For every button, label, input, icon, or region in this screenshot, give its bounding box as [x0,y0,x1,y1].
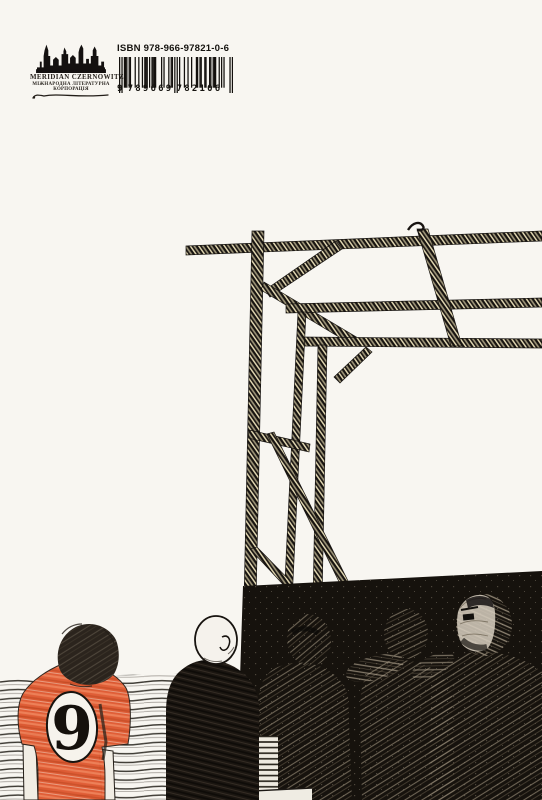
cover-artwork: 9 [0,0,542,800]
scaffold-post-middle [284,312,306,601]
bald-man-coat [166,660,259,800]
scaffold-post-right [313,345,327,601]
stage-scaffold [186,223,542,601]
crowd [252,594,542,800]
scaffold-mid-beam [286,298,542,313]
scaffold-short-brace [334,347,372,383]
scaffold-post-left [244,231,264,601]
scaffold-brace-down [261,282,358,346]
book-back-cover: MERIDIAN CZERNOWITZ МІЖНАРОДНА ЛІТЕРАТУР… [0,0,542,800]
scaffold-low-beam [301,337,542,348]
scaffold-hook [408,223,424,230]
jersey-number: 9 [51,694,93,764]
scaffold-long-brace [267,432,353,594]
scaffold-top-beam [186,231,542,255]
bald-man-head [195,616,237,664]
jersey-man: 9 [18,624,130,800]
scaffold-slant-post [417,229,462,346]
